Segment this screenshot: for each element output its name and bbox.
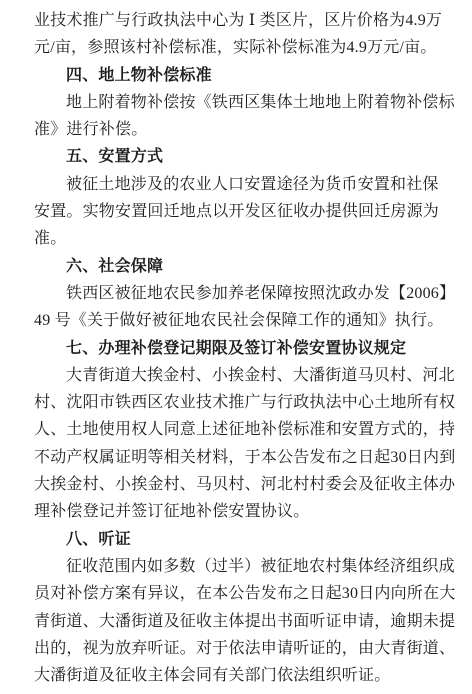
text-line: 征收范围内如多数（过半）被征地农村集体经济组织成 bbox=[34, 553, 450, 580]
text-line: 不动产权属证明等相关材料，于本公告发布之日起30日内到 bbox=[34, 444, 450, 471]
document-page: 业技术推广与行政执法中心为 Ⅰ 类区片，区片价格为4.9万 元/亩，参照该村补偿… bbox=[0, 0, 472, 694]
text-line: 49 号《关于做好被征地农民社会保障工作的通知》执行。 bbox=[34, 307, 450, 334]
section-heading-6: 六、社会保障 bbox=[34, 253, 450, 280]
text-line: 大青街道大挨金村、小挨金村、大潘街道马贝村、河北 bbox=[34, 362, 450, 389]
section-heading-4: 四、地上物补偿标准 bbox=[34, 62, 450, 89]
text-line: 铁西区被征地农民参加养老保障按照沈政办发【2006】 bbox=[34, 280, 450, 307]
text-line: 业技术推广与行政执法中心为 Ⅰ 类区片，区片价格为4.9万 bbox=[34, 7, 450, 34]
text-line: 准》进行补偿。 bbox=[34, 116, 450, 143]
section-heading-8: 八、听证 bbox=[34, 526, 450, 553]
text-line: 大挨金村、小挨金村、马贝村、河北村村委会及征收主体办 bbox=[34, 471, 450, 498]
text-line: 青街道、大潘街道及征收主体提出书面听证申请，逾期未提 bbox=[34, 608, 450, 635]
text-line: 出的，视为放弃听证。对于依法申请听证的，由大青街道、 bbox=[34, 635, 450, 662]
text-line: 地上附着物补偿按《铁西区集体土地地上附着物补偿标 bbox=[34, 89, 450, 116]
text-line: 理补偿登记并签订征地补偿安置协议。 bbox=[34, 498, 450, 525]
text-line: 被征土地涉及的农业人口安置途径为货币安置和社保 bbox=[34, 171, 450, 198]
text-line: 安置。实物安置回迁地点以开发区征收办提供回迁房源为 bbox=[34, 198, 450, 225]
section-heading-7: 七、办理补偿登记期限及签订补偿安置协议规定 bbox=[34, 335, 450, 362]
text-line: 大潘街道及征收主体会同有关部门依法组织听证。 bbox=[34, 662, 450, 689]
text-line: 村、沈阳市铁西区农业技术推广与行政执法中心土地所有权 bbox=[34, 389, 450, 416]
section-heading-5: 五、安置方式 bbox=[34, 143, 450, 170]
text-line: 准。 bbox=[34, 225, 450, 252]
text-line: 人、土地使用权人同意上述征地补偿标准和安置方式的，持 bbox=[34, 416, 450, 443]
text-line: 员对补偿方案有异议，在本公告发布之日起30日内向所在大 bbox=[34, 580, 450, 607]
text-line: 元/亩，参照该村补偿标准，实际补偿标准为4.9万元/亩。 bbox=[34, 34, 450, 61]
